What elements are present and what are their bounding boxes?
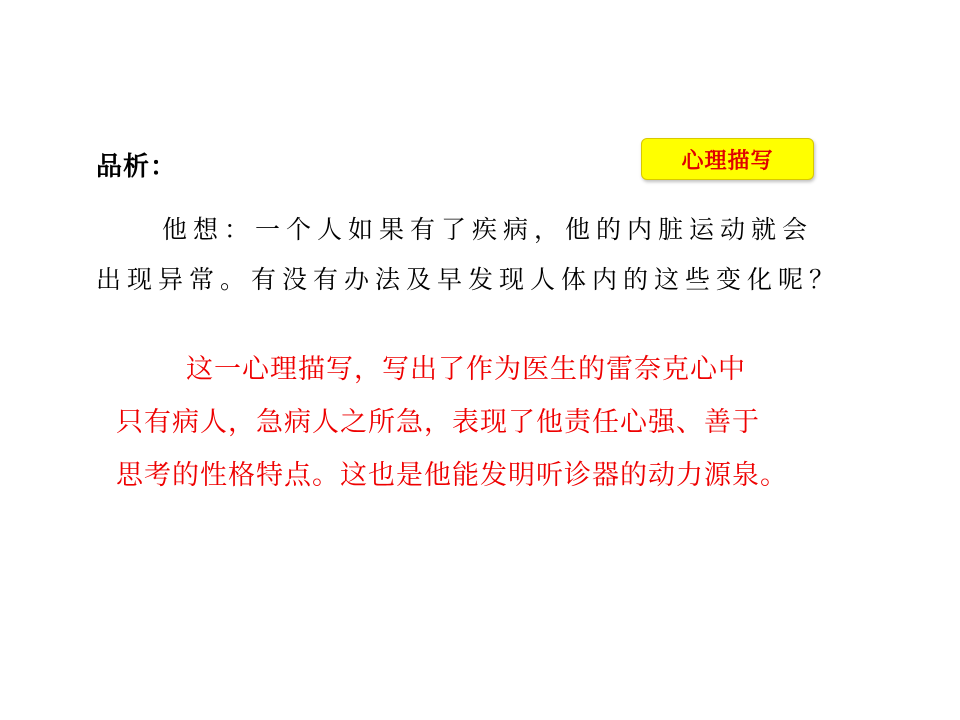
slide: 品析： 心理描写 他想：一个人如果有了疾病，他的内脏运动就会 出现异常。有没有办…	[0, 0, 960, 720]
tag-label: 心理描写	[681, 144, 773, 175]
quoted-passage: 他想：一个人如果有了疾病，他的内脏运动就会 出现异常。有没有办法及早发现人体内的…	[96, 205, 866, 305]
analysis-text: 这一心理描写，写出了作为医生的雷奈克心中 只有病人，急病人之所急，表现了他责任心…	[116, 343, 876, 502]
analysis-heading: 品析：	[96, 150, 177, 184]
psychological-description-tag: 心理描写	[641, 138, 814, 180]
analysis-line: 这一心理描写，写出了作为医生的雷奈克心中	[116, 343, 876, 396]
analysis-line: 思考的性格特点。这也是他能发明听诊器的动力源泉。	[116, 449, 876, 502]
analysis-line: 只有病人，急病人之所急，表现了他责任心强、善于	[116, 396, 876, 449]
quote-line: 出现异常。有没有办法及早发现人体内的这些变化呢？	[96, 255, 866, 305]
quote-line: 他想：一个人如果有了疾病，他的内脏运动就会	[96, 205, 866, 255]
